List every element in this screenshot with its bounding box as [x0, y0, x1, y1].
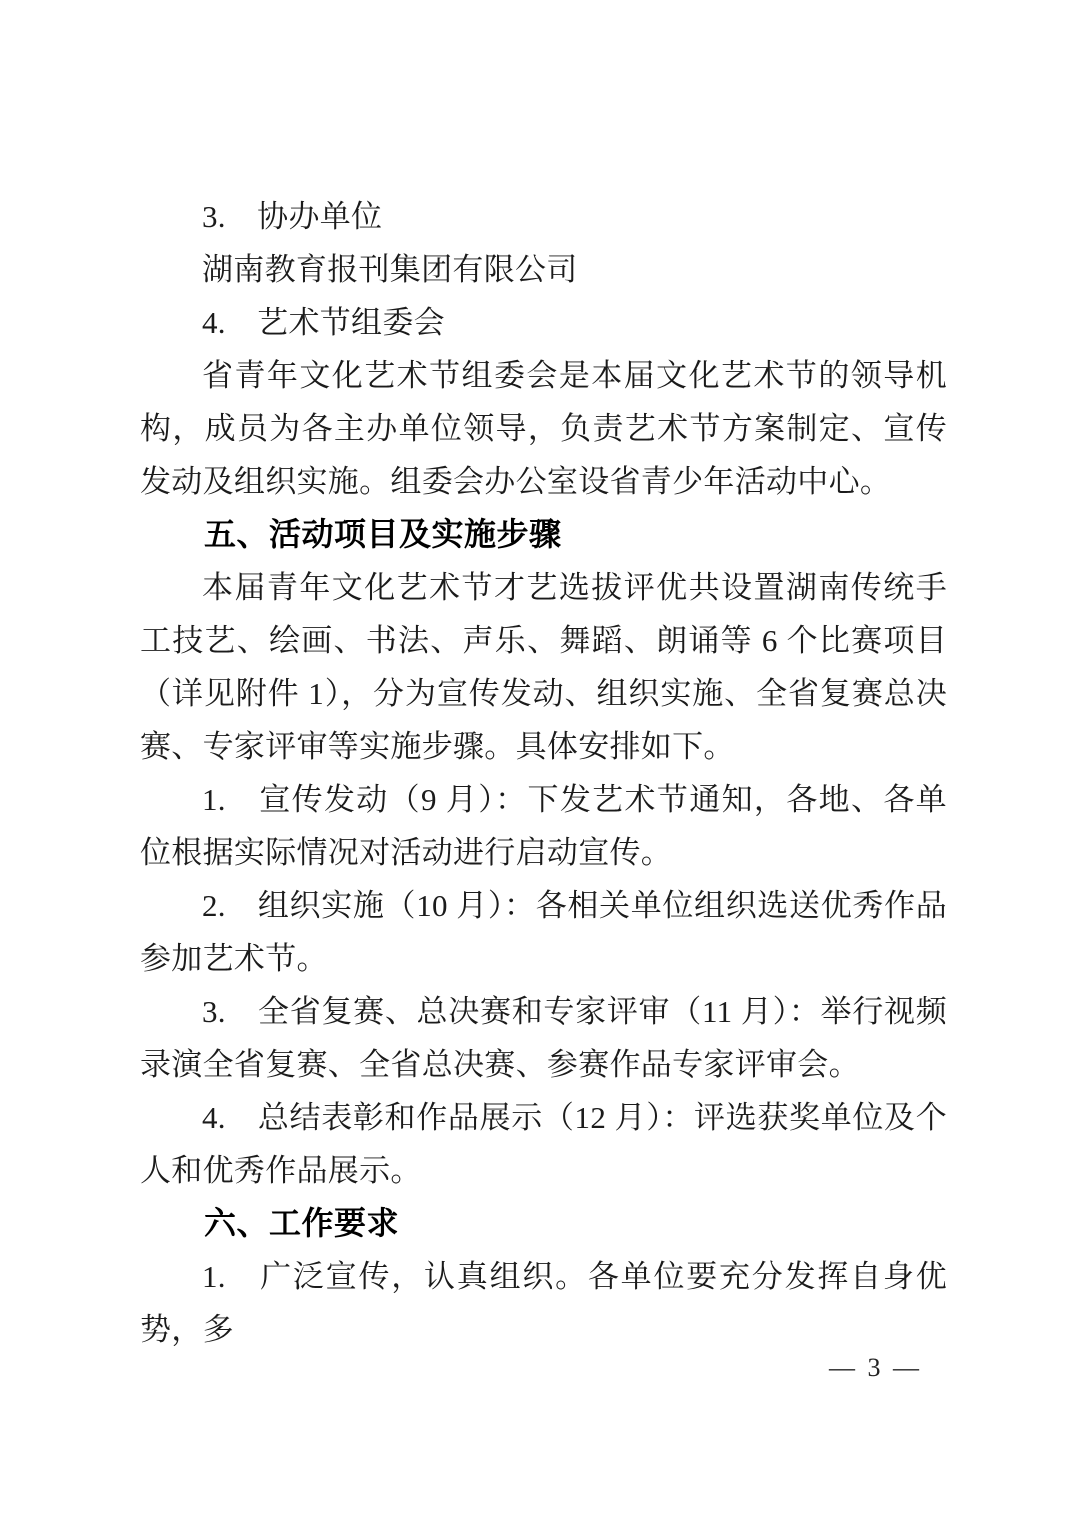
- paragraph: 3. 协办单位: [140, 190, 947, 243]
- page-number: — 3 —: [829, 1350, 922, 1386]
- section-heading: 六、工作要求: [140, 1197, 947, 1250]
- document-body: 3. 协办单位湖南教育报刊集团有限公司4. 艺术节组委会省青年文化艺术节组委会是…: [140, 190, 947, 1356]
- paragraph: 1. 广泛宣传，认真组织。各单位要充分发挥自身优势，多: [140, 1250, 947, 1356]
- paragraph: 湖南教育报刊集团有限公司: [140, 243, 947, 296]
- paragraph: 1. 宣传发动（9 月）：下发艺术节通知，各地、各单位根据实际情况对活动进行启动…: [140, 773, 947, 879]
- paragraph: 省青年文化艺术节组委会是本届文化艺术节的领导机构，成员为各主办单位领导，负责艺术…: [140, 349, 947, 508]
- paragraph: 4. 总结表彰和作品展示（12 月）：评选获奖单位及个人和优秀作品展示。: [140, 1091, 947, 1197]
- section-heading: 五、活动项目及实施步骤: [140, 508, 947, 561]
- paragraph: 2. 组织实施（10 月）：各相关单位组织选送优秀作品参加艺术节。: [140, 879, 947, 985]
- paragraph: 4. 艺术节组委会: [140, 296, 947, 349]
- document-page: 3. 协办单位湖南教育报刊集团有限公司4. 艺术节组委会省青年文化艺术节组委会是…: [0, 0, 1080, 1527]
- paragraph: 3. 全省复赛、总决赛和专家评审（11 月）：举行视频录演全省复赛、全省总决赛、…: [140, 985, 947, 1091]
- paragraph: 本届青年文化艺术节才艺选拔评优共设置湖南传统手工技艺、绘画、书法、声乐、舞蹈、朗…: [140, 561, 947, 773]
